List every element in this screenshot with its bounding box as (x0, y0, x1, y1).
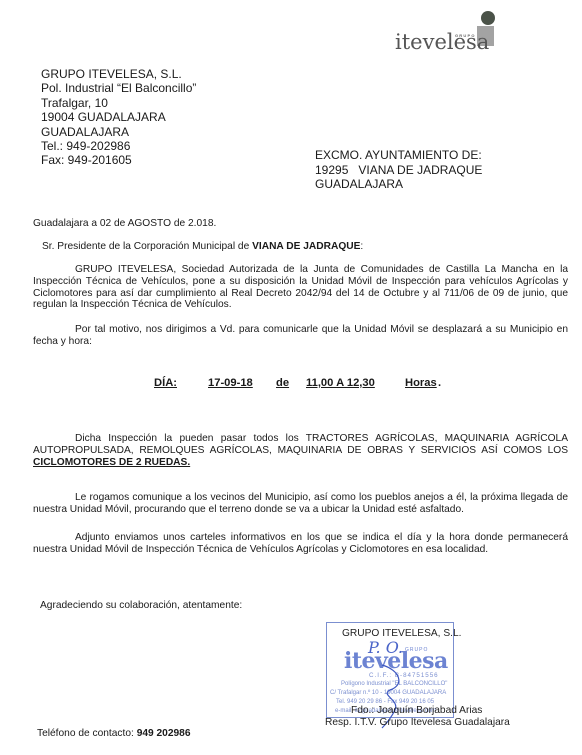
salutation-suffix: : (360, 241, 363, 252)
recipient-town: VIANA DE JADRAQUE (358, 163, 482, 177)
schedule-period: . (438, 377, 441, 389)
signer-name: Fdo.: Joaquín Borjabad Arias (351, 705, 482, 716)
paragraph-vehicles-emphasis: CICLOMOTORES DE 2 RUEDAS. (33, 457, 190, 468)
paragraph-purpose: Por tal motivo, nos dirigimos a Vd. para… (33, 324, 568, 348)
paragraph-attachment: Adjunto enviamos unos carteles informati… (33, 532, 568, 556)
recipient-address: EXCMO. AYUNTAMIENTO DE: 19295VIANA DE JA… (315, 148, 482, 192)
schedule-hours-label: Horas (405, 377, 437, 389)
closing-line: Agradeciendo su colaboración, atentament… (40, 600, 242, 611)
sender-line: GRUPO ITEVELESA, S.L. (41, 67, 196, 81)
schedule-day-label: DÍA: (154, 377, 177, 389)
company-logo: GRUPO itevelesa (395, 8, 505, 58)
sender-line: Pol. Industrial “El Balconcillo” (41, 81, 196, 95)
contact-label: Teléfono de contacto: (37, 728, 137, 739)
schedule-from-label: de (276, 377, 289, 389)
signer-role: Resp. I.T.V. Grupo Itevelesa Guadalajara (325, 717, 510, 728)
recipient-line-1: EXCMO. AYUNTAMIENTO DE: (315, 148, 482, 163)
schedule-time-range: 11,00 A 12,30 (306, 377, 375, 389)
salutation: Sr. Presidente de la Corporación Municip… (42, 241, 363, 252)
schedule-date: 17-09-18 (208, 377, 253, 389)
sender-line: Fax: 949-201605 (41, 153, 196, 167)
recipient-province: GUADALAJARA (315, 177, 482, 192)
paragraph-intro-text: GRUPO ITEVELESA, Sociedad Autorizada de … (33, 264, 568, 310)
paragraph-request-text: Le rogamos comunique a los vecinos del M… (33, 492, 568, 515)
logo-dot-icon (481, 11, 495, 25)
letter-date: Guadalajara a 02 de AGOSTO de 2.018. (33, 218, 216, 229)
contact-phone: 949 202986 (137, 728, 191, 739)
sender-line: Tel.: 949-202986 (41, 139, 196, 153)
sender-line: 19004 GUADALAJARA (41, 110, 196, 124)
salutation-prefix: Sr. Presidente de la Corporación Municip… (42, 241, 252, 252)
paragraph-request: Le rogamos comunique a los vecinos del M… (33, 492, 568, 516)
paragraph-attachment-text: Adjunto enviamos unos carteles informati… (33, 532, 568, 555)
contact-phone-line: Teléfono de contacto: 949 202986 (37, 728, 191, 739)
paragraph-vehicles: Dicha Inspección la pueden pasar todos l… (33, 433, 568, 468)
paragraph-purpose-text: Por tal motivo, nos dirigimos a Vd. para… (33, 324, 568, 347)
salutation-municipality: VIANA DE JADRAQUE (252, 241, 360, 252)
sender-line: Trafalgar, 10 (41, 96, 196, 110)
paragraph-vehicles-text: Dicha Inspección la pueden pasar todos l… (33, 433, 568, 456)
paragraph-intro: GRUPO ITEVELESA, Sociedad Autorizada de … (33, 264, 568, 311)
recipient-postal-code: 19295 (315, 163, 348, 177)
sender-line: GUADALAJARA (41, 125, 196, 139)
recipient-line-2: 19295VIANA DE JADRAQUE (315, 163, 482, 178)
logo-wordmark: itevelesa (395, 30, 489, 54)
sender-address: GRUPO ITEVELESA, S.L. Pol. Industrial “E… (41, 67, 196, 168)
